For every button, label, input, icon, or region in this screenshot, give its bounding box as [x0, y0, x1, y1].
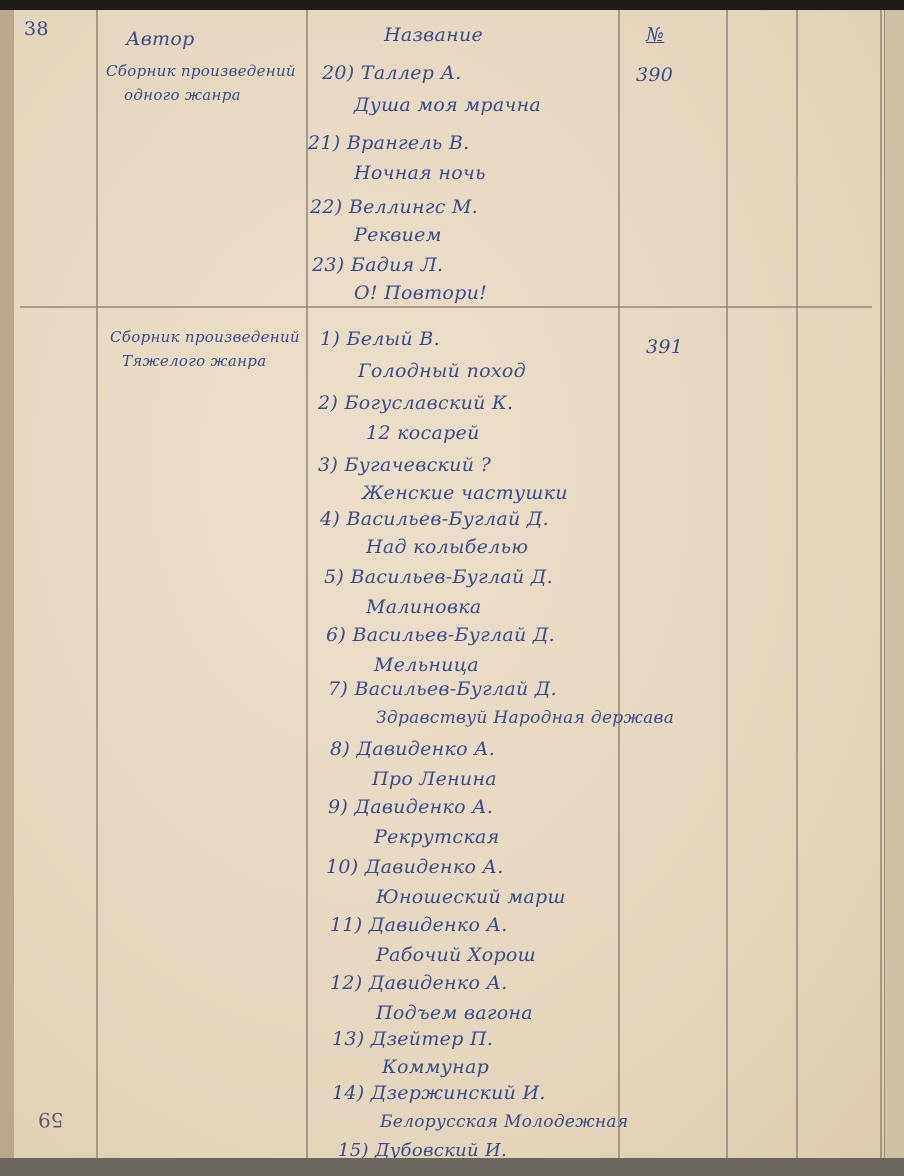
page-number-top: 38 — [24, 18, 49, 40]
item-6: 6) Васильев-Буглай Д. — [326, 624, 555, 646]
column-header-author: Автор — [126, 28, 195, 50]
item-23: 23) Бадия Л. — [312, 254, 443, 276]
entry-author-line1: Сборник произведений — [110, 328, 300, 346]
item-2: 2) Богуславский К. — [318, 392, 513, 414]
entry-author-line2: Тяжелого жанра — [122, 352, 266, 370]
item-author: Васильев-Буглай Д. — [354, 678, 557, 700]
item-20: 20) Таллер А. — [322, 62, 462, 84]
entry-author-line1: Сборник произведений — [106, 62, 296, 80]
column-rule-right — [880, 10, 882, 1158]
page-right-edge — [884, 10, 904, 1160]
item-title: Рабочий Хорош — [344, 944, 536, 966]
column-rule-number — [726, 10, 728, 1158]
entry-author-line2: одного жанра — [124, 86, 241, 104]
item-index: 23) — [312, 254, 345, 276]
item-author: Богуславский К. — [344, 392, 513, 414]
item-5: 5) Васильев-Буглай Д. — [324, 566, 553, 588]
item-author: Васильев-Буглай Д. — [346, 508, 549, 530]
item-title: Женские частушки — [330, 482, 568, 504]
item-index: 3) — [318, 454, 338, 476]
item-title: 12 косарей — [334, 422, 480, 444]
item-10: 10) Давиденко А. — [326, 856, 504, 878]
item-index: 14) — [332, 1082, 365, 1104]
item-14: 14) Дзержинский И. — [332, 1082, 546, 1104]
item-index: 10) — [326, 856, 359, 878]
item-13: 13) Дзейтер П. — [332, 1028, 493, 1050]
item-author: Давиденко А. — [369, 914, 508, 936]
item-title: О! Повтори! — [322, 282, 487, 304]
item-title: Душа моя мрачна — [322, 94, 541, 116]
entry-number: 390 — [636, 64, 673, 86]
item-author: Белый В. — [346, 328, 439, 350]
item-index: 13) — [332, 1028, 365, 1050]
item-index: 1) — [320, 328, 340, 350]
item-title: Малиновка — [334, 596, 482, 618]
entry-divider — [20, 306, 872, 308]
item-author: Давиденко А. — [356, 738, 495, 760]
book-bottom-edge — [0, 1158, 904, 1176]
item-index: 12) — [330, 972, 363, 994]
item-12: 12) Давиденко А. — [330, 972, 508, 994]
item-title: Мельница — [342, 654, 479, 676]
item-11: 11) Давиденко А. — [330, 914, 508, 936]
item-1: 1) Белый В. — [320, 328, 440, 350]
item-index: 20) — [322, 62, 355, 84]
column-rule-title — [618, 10, 620, 1158]
page-number-bottom: 59 — [38, 1108, 63, 1132]
item-title: Над колыбелью — [334, 536, 528, 558]
column-rule-margin — [96, 10, 98, 1158]
item-author: Васильев-Буглай Д. — [352, 624, 555, 646]
item-index: 6) — [326, 624, 346, 646]
item-index: 11) — [330, 914, 363, 936]
column-header-title: Название — [384, 24, 483, 46]
item-author: Бугачевский ? — [344, 454, 491, 476]
item-index: 9) — [328, 796, 348, 818]
item-author: Таллер А. — [361, 62, 462, 84]
item-8: 8) Давиденко А. — [330, 738, 495, 760]
item-title: Коммунар — [350, 1056, 489, 1078]
item-index: 21) — [308, 132, 341, 154]
item-author: Бадия Л. — [351, 254, 443, 276]
item-3: 3) Бугачевский ? — [318, 454, 491, 476]
item-title: Реквием — [322, 224, 442, 246]
item-title: Рекрутская — [342, 826, 499, 848]
item-title: Про Ленина — [340, 768, 497, 790]
item-21: 21) Врангель В. — [308, 132, 469, 154]
item-9: 9) Давиденко А. — [328, 796, 493, 818]
item-index: 8) — [330, 738, 350, 760]
item-title: Юношеский марш — [344, 886, 566, 908]
item-author: Давиденко А. — [354, 796, 493, 818]
item-index: 22) — [310, 196, 343, 218]
item-author: Врангель В. — [347, 132, 470, 154]
item-title: Голодный поход — [326, 360, 526, 382]
item-index: 5) — [324, 566, 344, 588]
item-index: 7) — [328, 678, 348, 700]
item-title: Здравствуй Народная держава — [344, 708, 674, 728]
item-index: 4) — [320, 508, 340, 530]
item-author: Давиденко А. — [365, 856, 504, 878]
item-4: 4) Васильев-Буглай Д. — [320, 508, 549, 530]
column-header-number: № — [646, 24, 664, 46]
entry-number: 391 — [646, 336, 683, 358]
item-title: Ночная ночь — [322, 162, 486, 184]
item-title: Белорусская Молодежная — [348, 1112, 628, 1132]
column-rule-extra — [796, 10, 798, 1158]
item-author: Дзейтер П. — [371, 1028, 493, 1050]
ledger-page: 38 Автор Название № Сборник произведений… — [14, 10, 884, 1158]
item-author: Давиденко А. — [369, 972, 508, 994]
item-author: Васильев-Буглай Д. — [350, 566, 553, 588]
item-7: 7) Васильев-Буглай Д. — [328, 678, 557, 700]
item-title: Подъем вагона — [344, 1002, 533, 1024]
item-author: Дзержинский И. — [371, 1082, 546, 1104]
item-author: Веллингс М. — [349, 196, 478, 218]
item-22: 22) Веллингс М. — [310, 196, 478, 218]
item-index: 2) — [318, 392, 338, 414]
column-rule-author — [306, 10, 308, 1158]
